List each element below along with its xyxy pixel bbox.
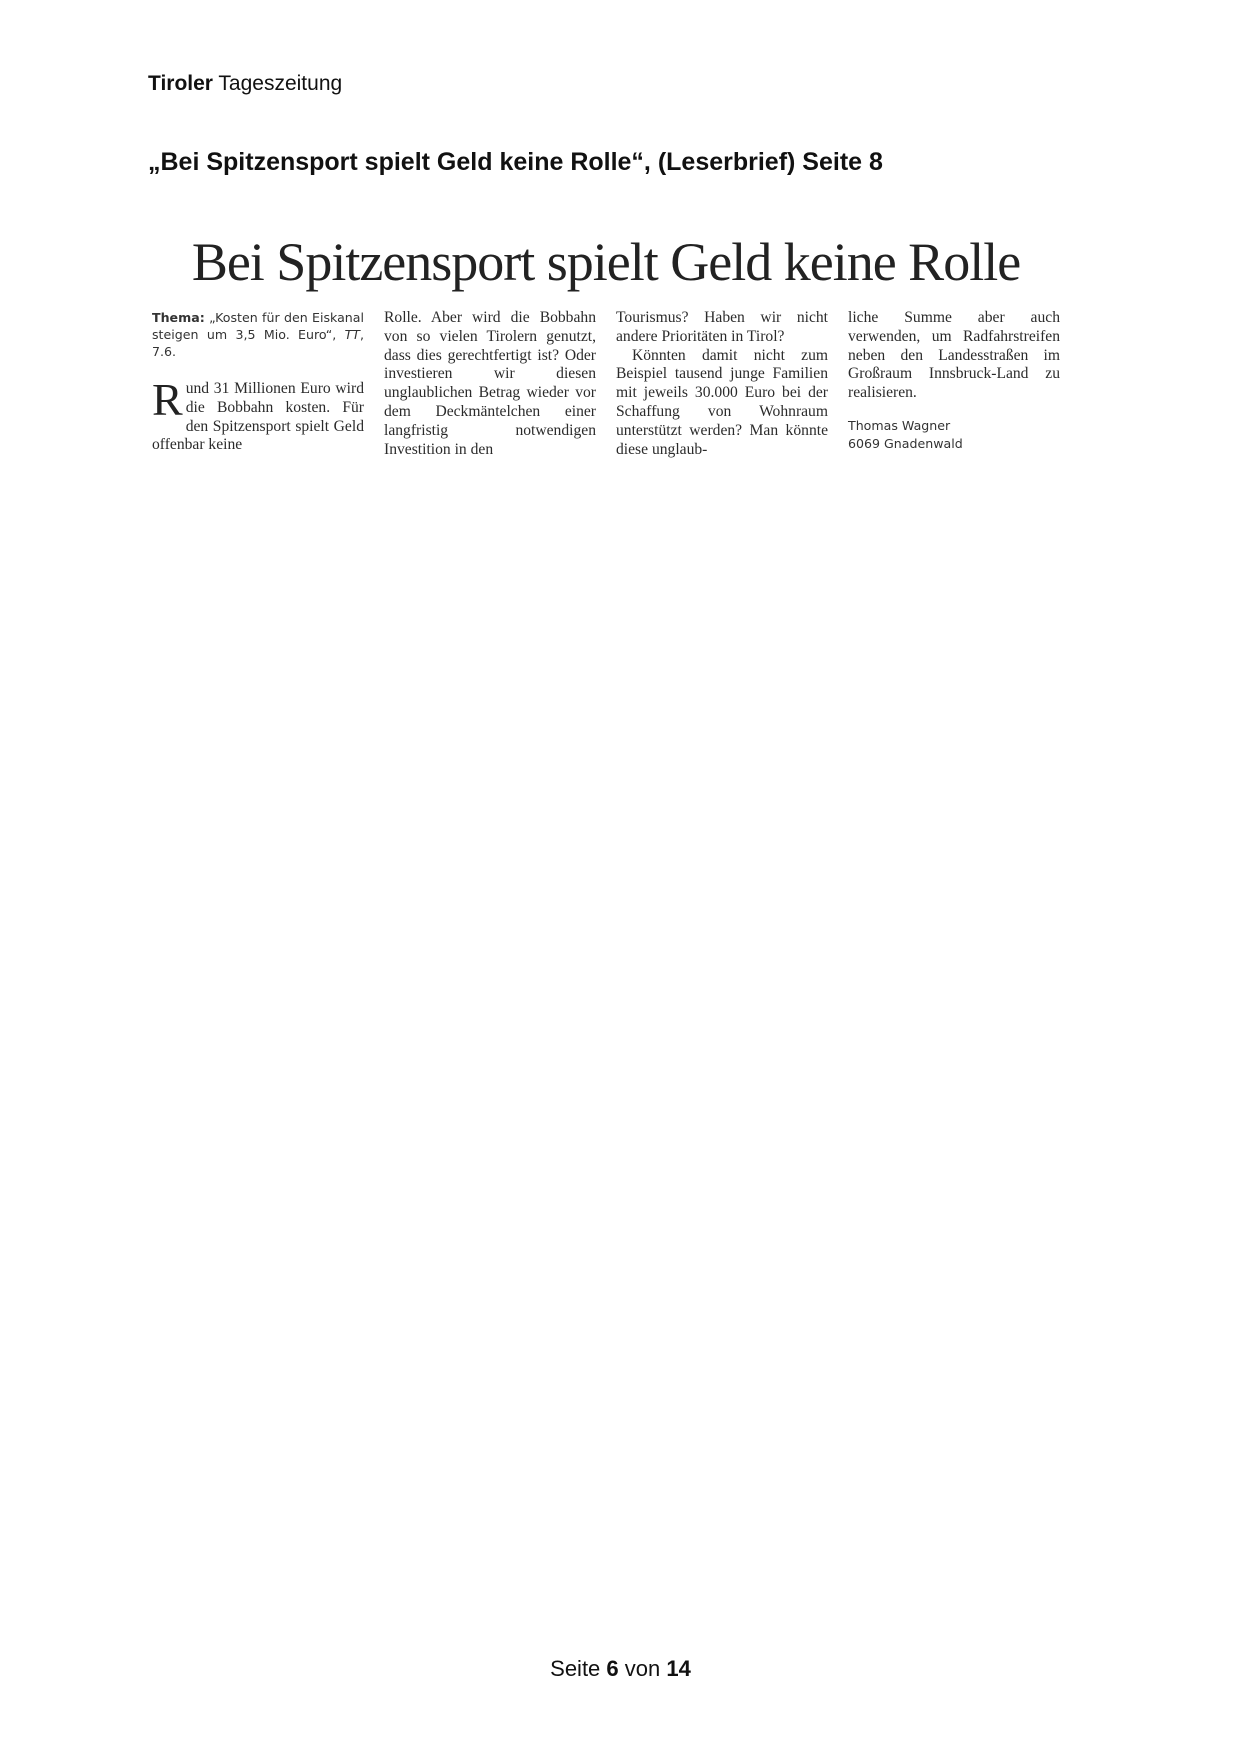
current-page-number: 6: [606, 1656, 618, 1681]
total-pages-number: 14: [666, 1656, 690, 1681]
column-2-text: Rolle. Aber wird die Bobbahn von so viel…: [384, 309, 596, 459]
publication-name-rest: Tageszeitung: [213, 72, 342, 95]
publication-name: Tiroler Tageszeitung: [148, 72, 342, 96]
article-columns: Thema: „Kosten für den Eiskanal steigen …: [152, 309, 1060, 459]
page-footer: Seite 6 von 14: [0, 1656, 1241, 1682]
column-1-text: und 31 Millionen Euro wird die Bobbahn k…: [152, 380, 364, 453]
article-column-2: Rolle. Aber wird die Bobbahn von so viel…: [384, 309, 596, 459]
column-3-paragraph-2: Könnten damit nicht zum Beispiel tausend…: [616, 347, 828, 460]
document-title: „Bei Spitzensport spielt Geld keine Roll…: [148, 148, 883, 177]
author-name: Thomas Wagner: [848, 417, 1060, 435]
article-headline: Bei Spitzensport spielt Geld keine Rolle: [152, 235, 1060, 289]
dropcap-letter: R: [152, 382, 183, 418]
thema-source: TT: [345, 327, 360, 342]
column-1-body: Rund 31 Millionen Euro wird die Bobbahn …: [152, 380, 364, 455]
page-prefix: Seite: [550, 1656, 606, 1681]
article-column-4: liche Summe aber auch verwenden, um Radf…: [848, 309, 1060, 459]
article-column-1: Thema: „Kosten für den Eiskanal steigen …: [152, 309, 364, 459]
article-column-3: Tourismus? Haben wir nicht andere Priori…: [616, 309, 828, 459]
newspaper-clipping: Bei Spitzensport spielt Geld keine Rolle…: [152, 235, 1060, 459]
author-signature: Thomas Wagner 6069 Gnadenwald: [848, 417, 1060, 453]
author-place: 6069 Gnadenwald: [848, 435, 1060, 453]
thema-label: Thema:: [152, 310, 205, 325]
page-middle: von: [619, 1656, 667, 1681]
column-4-text: liche Summe aber auch verwenden, um Radf…: [848, 309, 1060, 403]
publication-name-bold: Tiroler: [148, 72, 213, 95]
column-3-paragraph-1: Tourismus? Haben wir nicht andere Priori…: [616, 309, 828, 347]
thema-reference: Thema: „Kosten für den Eiskanal steigen …: [152, 309, 364, 360]
